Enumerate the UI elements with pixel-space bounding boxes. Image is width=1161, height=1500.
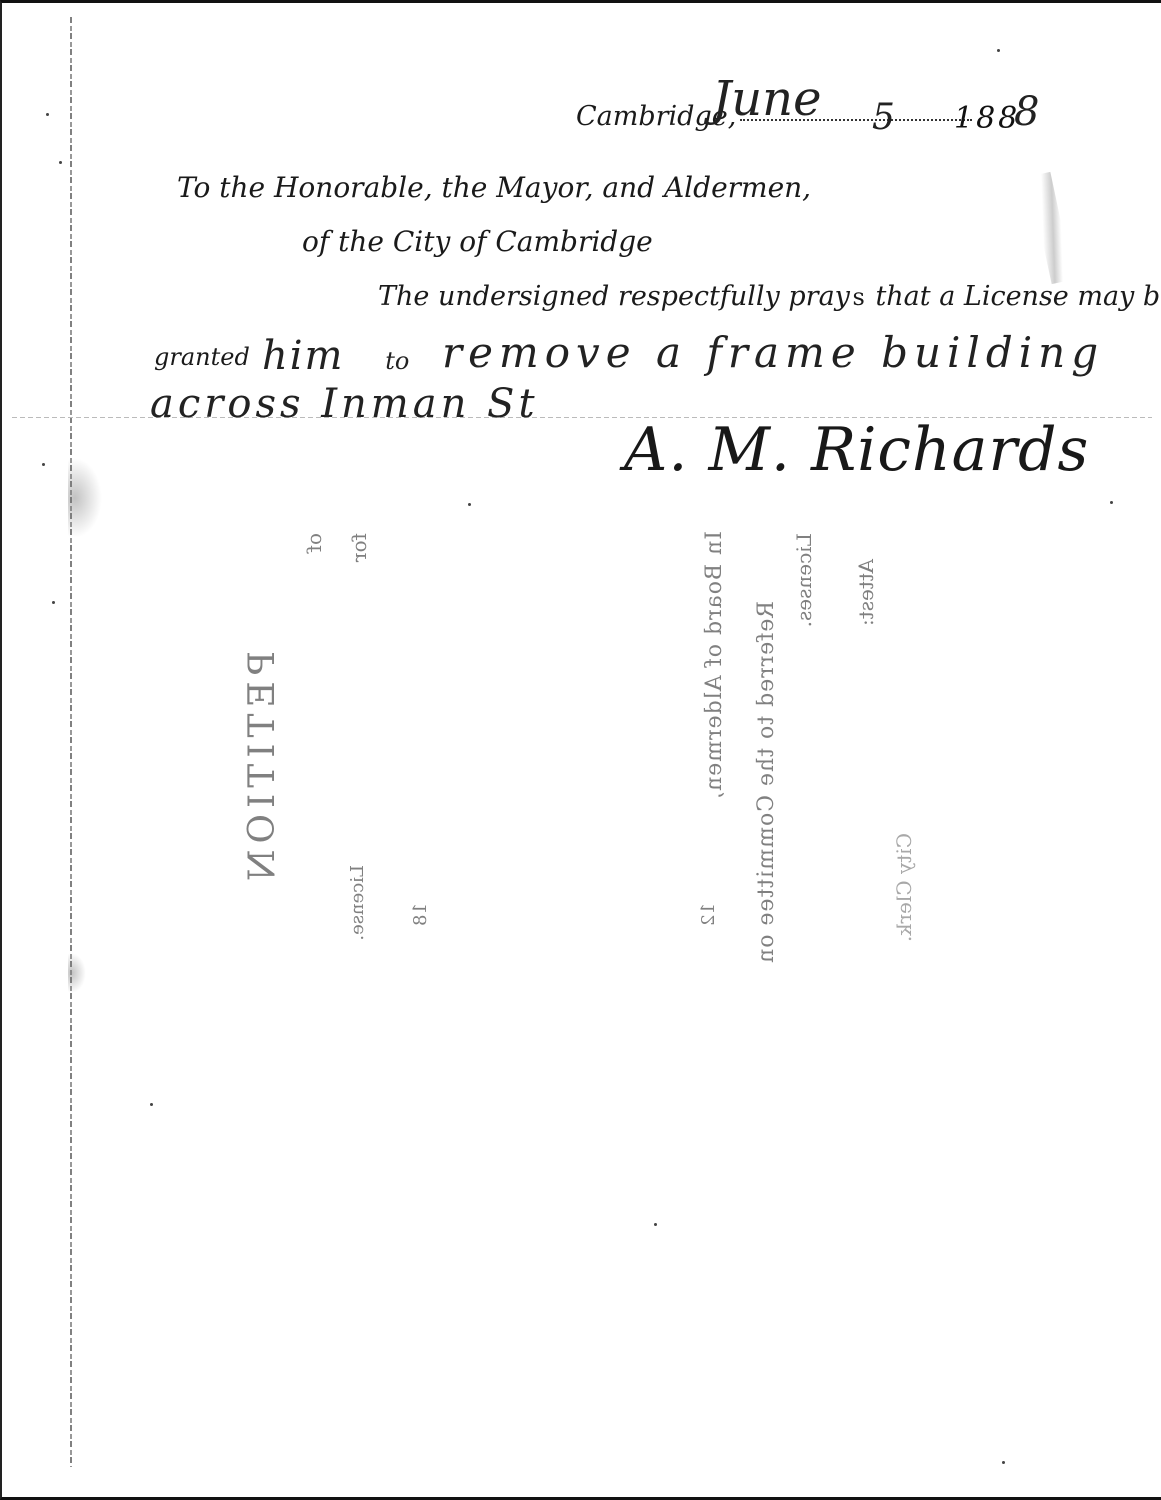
prayer-line: The undersigned respectfully pray s that… bbox=[378, 281, 1161, 312]
speck bbox=[59, 161, 62, 164]
prayer-printed-cont: that a License may be bbox=[875, 281, 1161, 312]
bleed-city-clerk: City Clerk. bbox=[892, 833, 916, 942]
to-printed: to bbox=[385, 347, 409, 375]
granted-to-name: him bbox=[262, 333, 344, 379]
handwritten-day: 5 bbox=[872, 97, 895, 138]
left-margin-rule bbox=[70, 17, 72, 1467]
address-line-1: To the Honorable, the Mayor, and Alderme… bbox=[177, 171, 811, 204]
granted-printed: granted bbox=[154, 343, 250, 371]
bleed-of: of bbox=[302, 533, 326, 552]
bleed-attest: Attest: bbox=[854, 559, 878, 626]
speck bbox=[42, 463, 45, 466]
bleed-year-right: 12 bbox=[698, 903, 719, 926]
bleed-petition: PETITION bbox=[242, 651, 283, 887]
speck bbox=[46, 113, 49, 116]
speck bbox=[654, 1223, 657, 1226]
bleed-license: License. bbox=[347, 865, 368, 941]
prayer-printed: The undersigned respectfully pray bbox=[378, 281, 850, 312]
purpose-line-1: remove a frame building bbox=[442, 328, 1104, 377]
speck bbox=[150, 1103, 153, 1106]
printed-year-prefix: 188 bbox=[954, 101, 1020, 136]
signature: A. M. Richards bbox=[624, 415, 1089, 485]
handwritten-year-digit: 8 bbox=[1014, 89, 1039, 135]
speck bbox=[997, 49, 1000, 52]
handwritten-month: June bbox=[712, 71, 821, 127]
purpose-line-2: across Inman St bbox=[150, 381, 539, 427]
bleed-licenses: Licenses. bbox=[792, 533, 816, 627]
speck bbox=[1002, 1461, 1005, 1464]
bleed-year-left: 18 bbox=[410, 903, 431, 926]
margin-smudge bbox=[68, 458, 102, 538]
bleed-in-board: In Board of Aldermen, bbox=[702, 531, 727, 800]
speck bbox=[1110, 501, 1113, 504]
speck bbox=[52, 601, 55, 604]
margin-smudge bbox=[68, 953, 86, 993]
bleed-referred: Referred to the Committee on bbox=[754, 601, 779, 964]
granted-to-handwritten: him to bbox=[262, 333, 409, 379]
speck bbox=[468, 503, 471, 506]
prayer-mark: s bbox=[853, 283, 865, 311]
scanned-document-page: Cambridge, June 5 188 8 To the Honorable… bbox=[0, 0, 1161, 1500]
edge-smudge bbox=[1029, 172, 1073, 284]
address-line-2: of the City of Cambridge bbox=[302, 225, 653, 258]
bleed-for: for bbox=[347, 533, 371, 562]
